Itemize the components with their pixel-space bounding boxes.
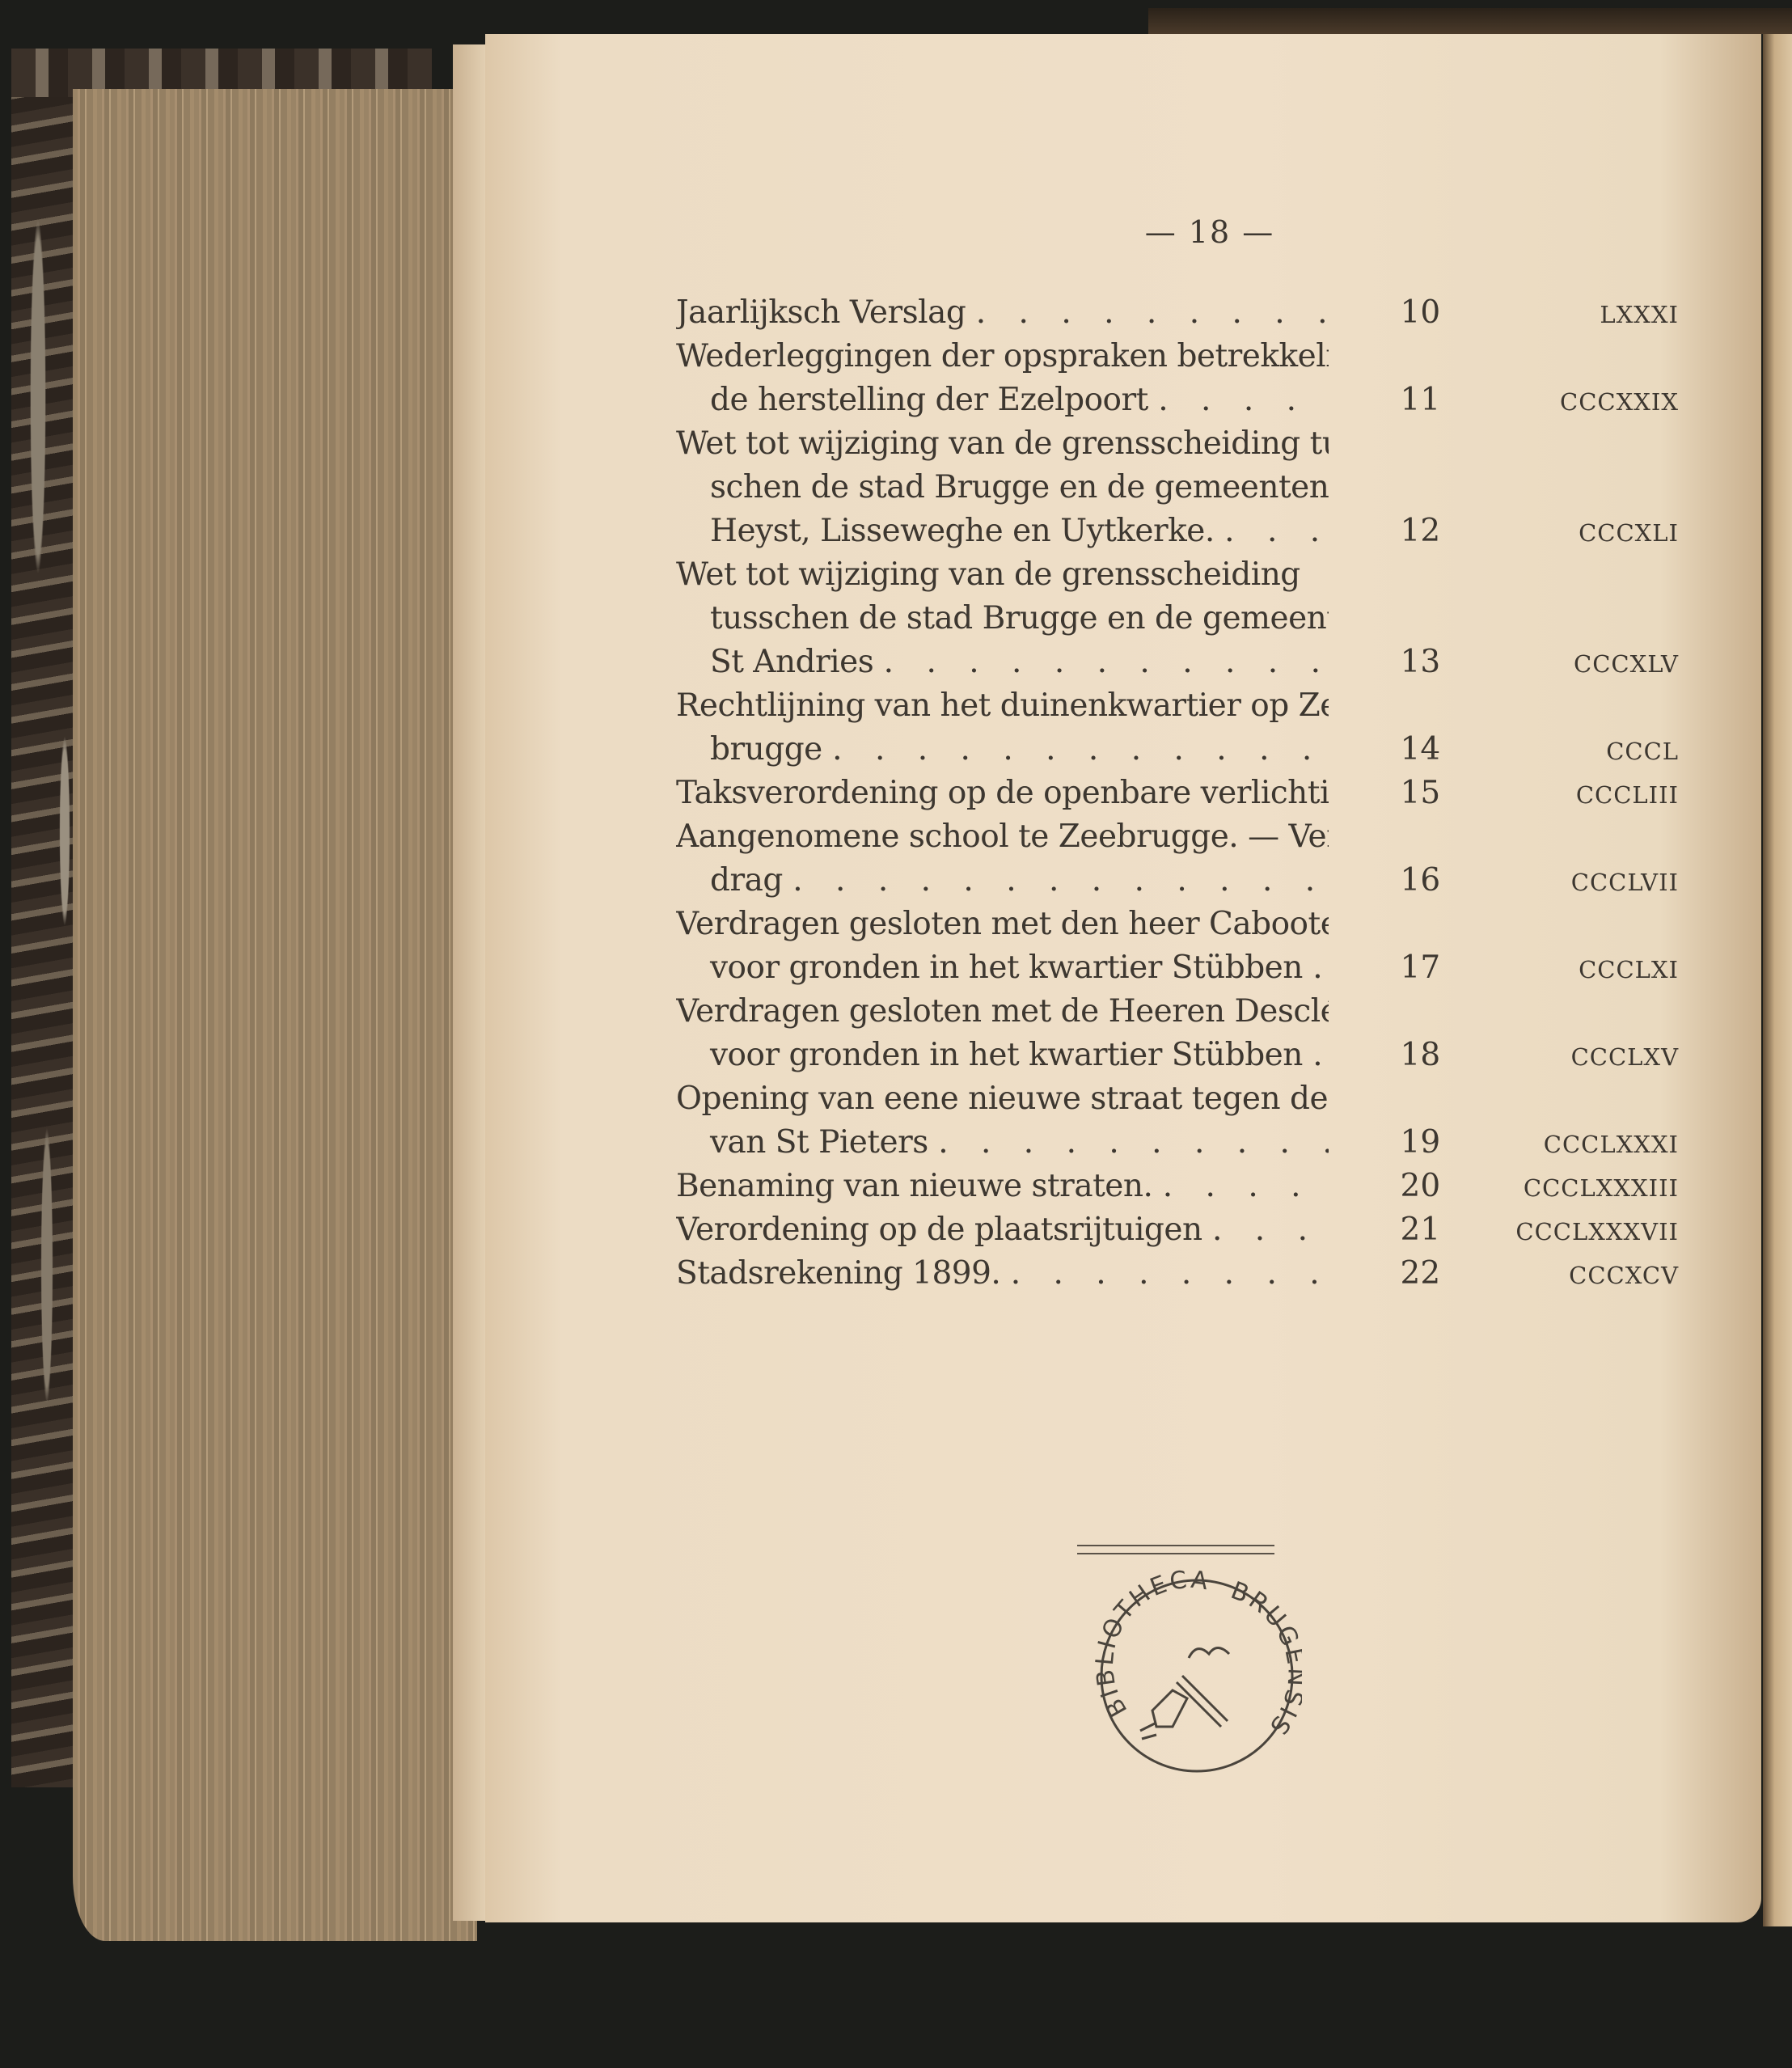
table-of-contents: — 18 — Jaarlijksch Verslag . . . . . . .… (676, 214, 1679, 1296)
toc-entry-line: voor gronden in het kwartier Stübben . .… (676, 1034, 1679, 1077)
page-gutter-edge (453, 44, 485, 1921)
entry-title: Stadsrekening 1899. (676, 1255, 1000, 1292)
entry-title: voor gronden in het kwartier Stübben (676, 949, 1303, 986)
toc-entry-line: Verdragen gesloten met de Heeren Desclée (676, 990, 1679, 1034)
toc-entry-line: Wet tot wijziging van de grensscheiding … (676, 422, 1679, 466)
entry-number: 17 (1361, 946, 1481, 990)
entry-title: Opening van eene nieuwe straat tegen de … (676, 1077, 1329, 1121)
entry-number: 16 (1361, 859, 1481, 903)
toc-entry-line: drag . . . . . . . . . . . . .16CCCLVII (676, 859, 1679, 903)
toc-entry-line: Opening van eene nieuwe straat tegen de … (676, 1077, 1679, 1121)
entry-page-roman: CCCXLI (1480, 511, 1679, 555)
entry-title: Rechtlijning van het duinenkwartier op Z… (676, 684, 1329, 728)
entry-page-roman: CCCXCV (1480, 1254, 1679, 1297)
page-number: — 18 — (894, 214, 1525, 291)
dot-leader: . . (1312, 1037, 1328, 1073)
double-rule-divider (1077, 1545, 1274, 1554)
entry-page-roman: CCCL (1480, 730, 1679, 773)
entry-number: 22 (1361, 1252, 1481, 1296)
next-page-edge (1763, 34, 1792, 1926)
entry-page-roman: CCCLXI (1480, 948, 1679, 992)
entry-title: drag (676, 862, 783, 899)
entry-page-roman: CCCLXXXI (1480, 1123, 1679, 1166)
toc-entry-line: Verdragen gesloten met den heer Cabooter (676, 903, 1679, 946)
entry-title: Wederleggingen der opspraken betrekkelij… (676, 335, 1329, 378)
toc-entry-line: Heyst, Lisseweghe en Uytkerke. . . .12CC… (676, 510, 1679, 553)
entry-number: 14 (1361, 728, 1481, 772)
dot-leader: . . . (1224, 513, 1328, 549)
entry-number: 13 (1361, 641, 1481, 684)
entry-title: Aangenomene school te Zeebrugge. — Ver- (676, 815, 1329, 859)
dot-leader: . . . . . (1158, 382, 1328, 418)
toc-entry-line: Wederleggingen der opspraken betrekkelij… (676, 335, 1679, 378)
entry-page-roman: CCCXXIX (1480, 380, 1679, 424)
toc-entry-line: Taksverordening op de openbare verlichti… (676, 772, 1679, 815)
toc-entry-line: Jaarlijksch Verslag . . . . . . . . .10L… (676, 291, 1679, 335)
entry-title: van St Pieters (676, 1124, 928, 1161)
dot-leader: . . . . . (1163, 1168, 1329, 1204)
toc-entry-line: Benaming van nieuwe straten. . . . . .20… (676, 1165, 1679, 1208)
entry-title: Verdragen gesloten met de Heeren Desclée (676, 990, 1329, 1034)
toc-entry-line: Rechtlijning van het duinenkwartier op Z… (676, 684, 1679, 728)
toc-entry-line: de herstelling der Ezelpoort . . . . .11… (676, 378, 1679, 422)
toc-entry-line: Verordening op de plaatsrijtuigen . . . … (676, 1208, 1679, 1252)
entry-number: 11 (1361, 378, 1481, 422)
entry-page-roman: CCCLXXXVII (1480, 1210, 1679, 1254)
dot-leader: . . . . (1212, 1212, 1329, 1248)
entry-number: 12 (1361, 510, 1481, 553)
entry-title: tusschen de stad Brugge en de gemeente (676, 597, 1329, 641)
entry-title: voor gronden in het kwartier Stübben (676, 1037, 1303, 1073)
toc-entries: Jaarlijksch Verslag . . . . . . . . .10L… (676, 291, 1679, 1296)
entry-title: Heyst, Lisseweghe en Uytkerke. (676, 513, 1215, 549)
toc-entry-line: Aangenomene school te Zeebrugge. — Ver- (676, 815, 1679, 859)
entry-number: 19 (1361, 1121, 1481, 1165)
dot-leader: . . . . . . . . (1011, 1255, 1329, 1292)
dot-leader: . . . . . . . . . . (938, 1124, 1328, 1161)
toc-entry-line: brugge . . . . . . . . . . . .14CCCL (676, 728, 1679, 772)
entry-title: de herstelling der Ezelpoort (676, 382, 1148, 418)
toc-entry-line: Stadsrekening 1899. . . . . . . . .22CCC… (676, 1252, 1679, 1296)
entry-page-roman: LXXXI (1480, 293, 1679, 336)
book-cover-top-edge (1148, 8, 1792, 34)
entry-title: St Andries (676, 644, 873, 680)
svg-text:BRUGENSIS: BRUGENSIS (1227, 1576, 1302, 1741)
entry-title: Wet tot wijziging van de grensscheiding … (676, 422, 1329, 466)
stamp-text-right: BRUGENSIS (1227, 1576, 1302, 1741)
dot-leader: . . . . . . . . . . . . . (792, 862, 1326, 899)
entry-number: 18 (1361, 1034, 1481, 1077)
entry-page-roman: CCCLIII (1480, 773, 1679, 817)
entry-title: schen de stad Brugge en de gemeenten (676, 466, 1329, 510)
toc-entry-line: van St Pieters . . . . . . . . . .19CCCL… (676, 1121, 1679, 1165)
dot-leader: . . . . . . . . . . . . (832, 731, 1323, 768)
page-block-edges (73, 89, 477, 1941)
dot-leader: . . (1312, 949, 1328, 986)
entry-number: 10 (1361, 291, 1481, 335)
toc-entry-line: schen de stad Brugge en de gemeenten (676, 466, 1679, 510)
dot-leader: . . . . . . . . . (976, 294, 1329, 331)
toc-entry-line: tusschen de stad Brugge en de gemeente (676, 597, 1679, 641)
library-stamp-icon: BIBLIOTHECA BRUGENSIS (1092, 1569, 1302, 1779)
entry-page-roman: CCCLXV (1480, 1035, 1679, 1079)
entry-title: Verordening op de plaatsrijtuigen (676, 1212, 1202, 1248)
entry-title: Taksverordening op de openbare verlichti… (676, 772, 1329, 815)
entry-title: Wet tot wijziging van de grensscheiding (676, 553, 1329, 597)
entry-number: 20 (1361, 1165, 1481, 1208)
entry-page-roman: CCCLVII (1480, 861, 1679, 904)
toc-entry-line: voor gronden in het kwartier Stübben . .… (676, 946, 1679, 990)
entry-title: Jaarlijksch Verslag (676, 294, 966, 331)
entry-title: Benaming van nieuwe straten. (676, 1168, 1152, 1204)
entry-page-roman: CCCXLV (1480, 642, 1679, 686)
entry-page-roman: CCCLXXXIII (1480, 1166, 1679, 1210)
toc-entry-line: St Andries . . . . . . . . . . .13CCCXLV (676, 641, 1679, 684)
entry-number: 15 (1361, 772, 1481, 815)
dot-leader: . . . . . . . . . . . (884, 644, 1329, 680)
entry-number: 21 (1361, 1208, 1481, 1252)
toc-entry-line: Wet tot wijziging van de grensscheiding (676, 553, 1679, 597)
entry-title: Verdragen gesloten met den heer Cabooter (676, 903, 1329, 946)
entry-title: brugge (676, 731, 822, 768)
